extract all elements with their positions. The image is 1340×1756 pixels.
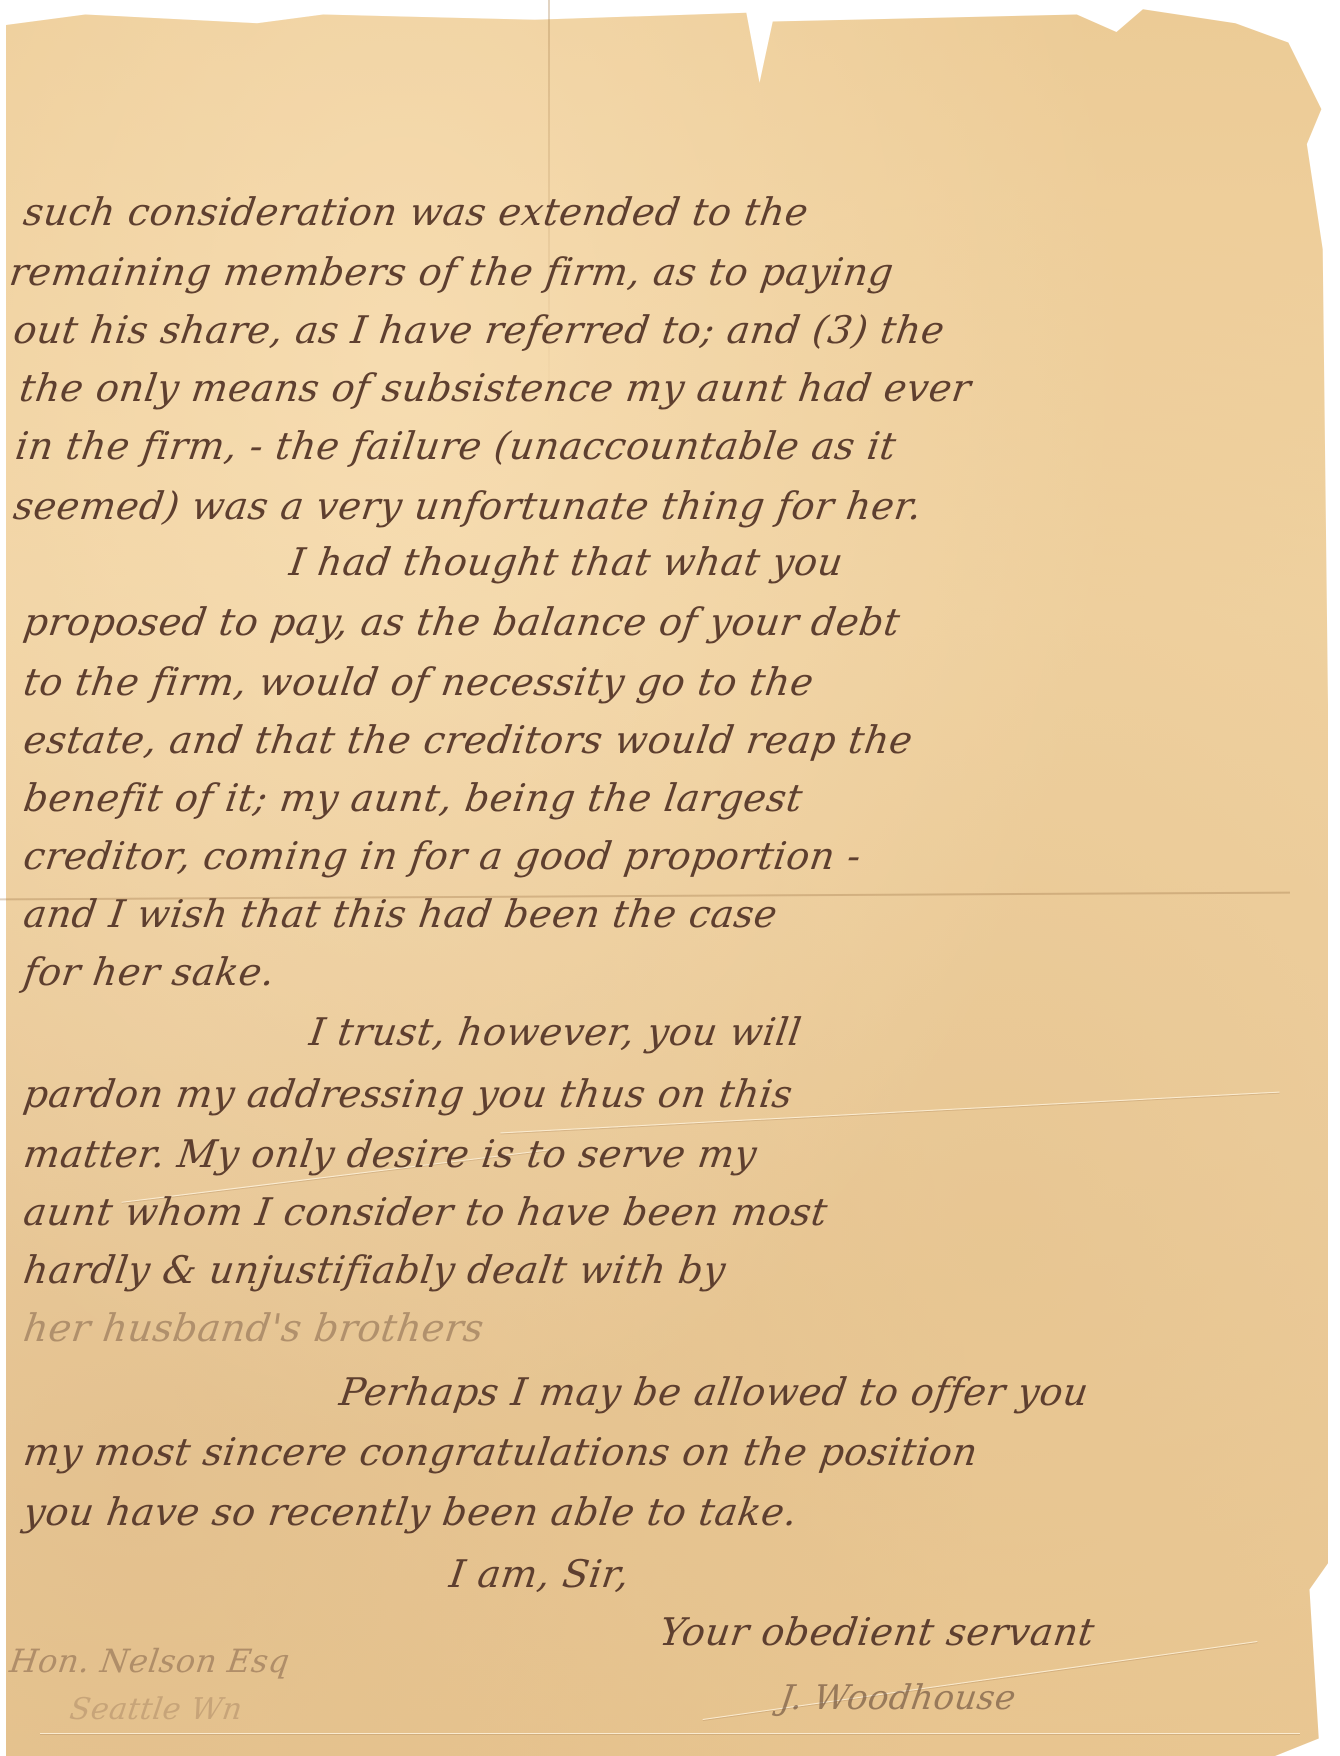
closing-valediction: Your obedient servant (657, 1610, 1098, 1654)
letter-line: and I wish that this had been the case (21, 892, 780, 936)
letter-line: I had thought that what you (287, 540, 846, 584)
letter-body: such consideration was extended to the r… (0, 0, 1340, 1756)
letter-line: I trust, however, you will (307, 1010, 804, 1054)
letter-line: such consideration was extended to the (21, 190, 811, 234)
letter-line: estate, and that the creditors would rea… (21, 718, 916, 762)
letter-line: pardon my addressing you thus on this (21, 1072, 796, 1116)
signature: J. Woodhouse (777, 1678, 1018, 1718)
letter-line: aunt whom I consider to have been most (21, 1190, 830, 1234)
letter-line: you have so recently been able to take. (21, 1490, 800, 1534)
letter-line: her husband's brothers (21, 1306, 487, 1350)
letter-line: my most sincere congratulations on the p… (21, 1430, 981, 1474)
letter-line: remaining members of the firm, as to pay… (7, 250, 897, 294)
letter-line: the only means of subsistence my aunt ha… (17, 366, 974, 410)
recipient-address-line: Hon. Nelson Esq (7, 1642, 292, 1680)
letter-line: creditor, coming in for a good proportio… (21, 834, 864, 878)
closing-salutation: I am, Sir, (447, 1552, 632, 1596)
letter-line: matter. My only desire is to serve my (21, 1132, 760, 1176)
letter-line: for her sake. (21, 950, 278, 994)
letter-line: benefit of it; my aunt, being the larges… (21, 776, 806, 820)
letter-line: Perhaps I may be allowed to offer you (337, 1370, 1091, 1414)
recipient-address-line: Seattle Wn (68, 1692, 245, 1727)
letter-line: to the firm, would of necessity go to th… (21, 660, 817, 704)
letter-line: proposed to pay, as the balance of your … (21, 600, 903, 644)
letter-line: hardly & unjustifiably dealt with by (21, 1248, 729, 1292)
letter-line: in the firm, - the failure (unaccountabl… (13, 424, 899, 468)
letter-line: out his share, as I have referred to; an… (11, 308, 948, 352)
letter-line: seemed) was a very unfortunate thing for… (11, 484, 925, 528)
